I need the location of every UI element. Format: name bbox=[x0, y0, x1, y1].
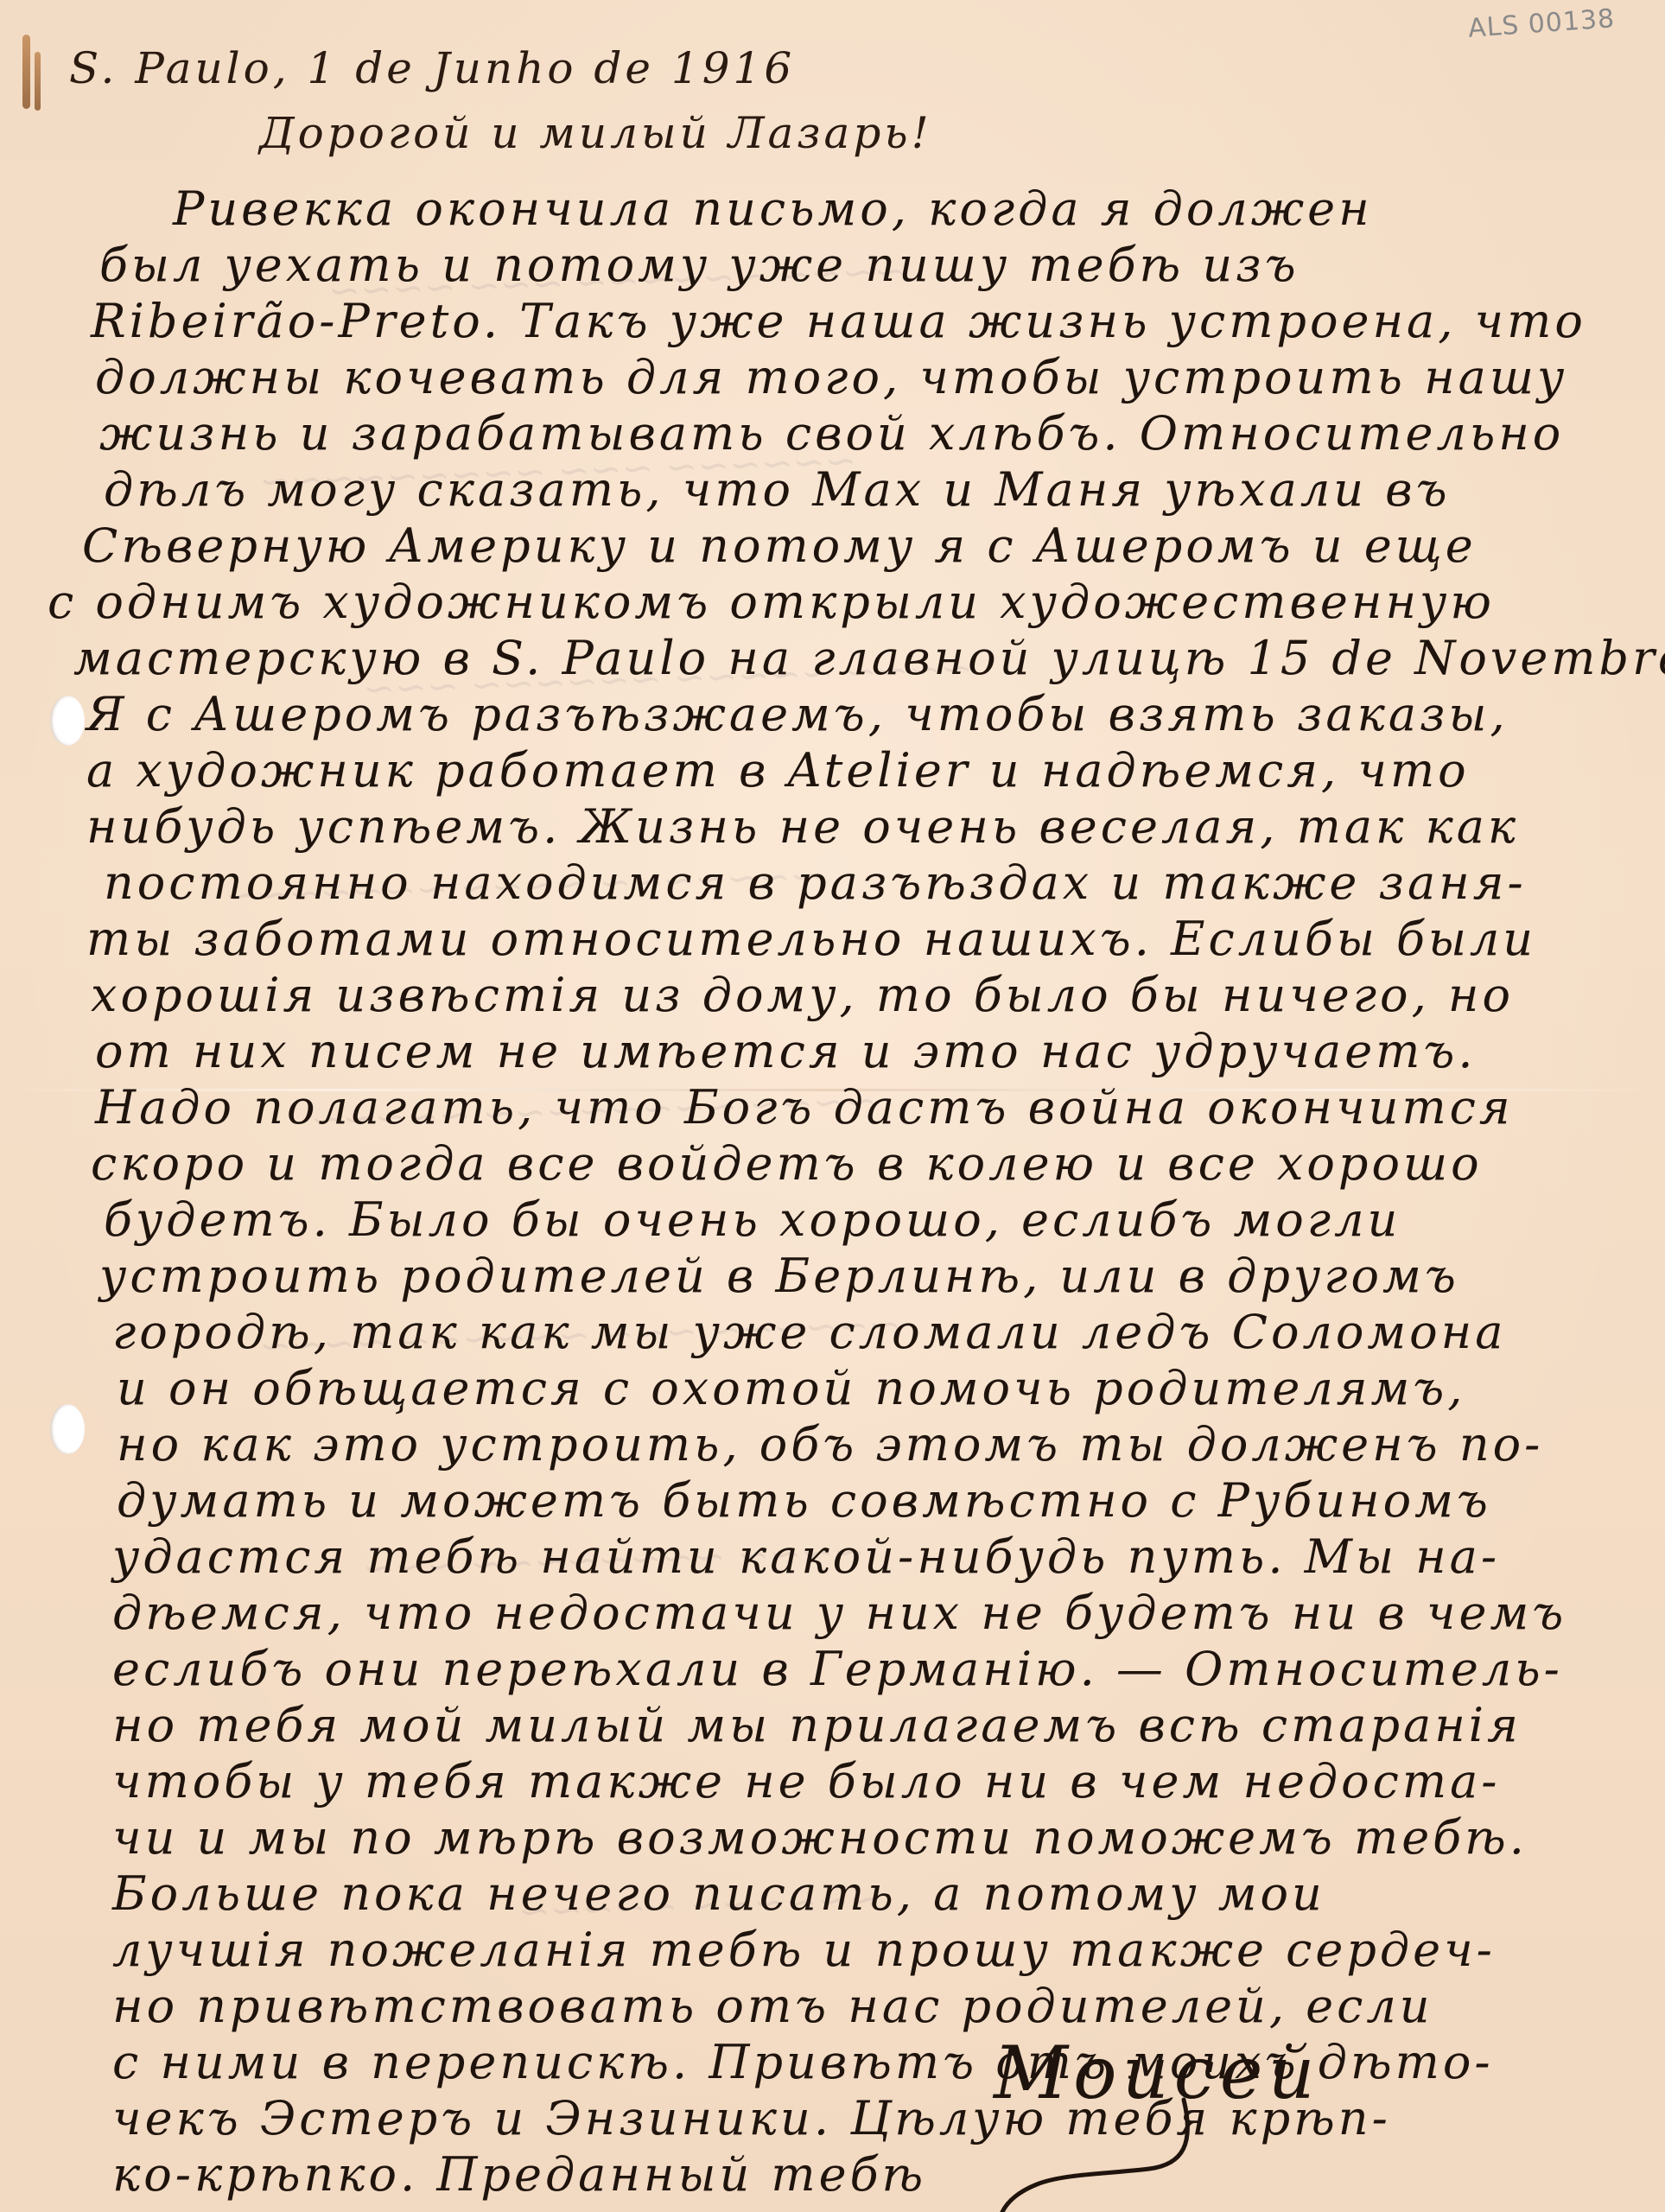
punch-hole-top bbox=[50, 696, 85, 746]
rust-stain-left bbox=[22, 35, 30, 109]
body-line: а художник работает в Atelier и надѣемся… bbox=[86, 743, 1470, 798]
body-line: но привѣтствовать отъ нас родителей, есл… bbox=[112, 1979, 1433, 2033]
body-line: ко-крѣпко. Преданный тебѣ bbox=[112, 2147, 926, 2202]
body-line: Ribeirão-Preto. Такъ уже наша жизнь устр… bbox=[91, 294, 1586, 348]
body-line: городѣ, так как мы уже сломали ледъ Соло… bbox=[112, 1305, 1506, 1359]
body-line: и он обѣщается с охотой помочь родителям… bbox=[117, 1361, 1465, 1415]
body-line: дѣемся, что недостачи у них не будетъ ни… bbox=[112, 1586, 1566, 1640]
dateline: S. Paulo, 1 de Junho de 1916 bbox=[69, 43, 795, 93]
body-line: от них писем не имѣется и это нас удруча… bbox=[95, 1024, 1477, 1078]
body-line: ты заботами относительно нашихъ. Еслибы … bbox=[86, 912, 1536, 966]
body-line: дѣлъ могу сказать, что Max и Маня уѣхали… bbox=[104, 462, 1451, 517]
body-line: Я с Ашеромъ разъѣзжаемъ, чтобы взять зак… bbox=[86, 687, 1509, 741]
body-line: думать и можетъ быть совмѣстно с Рубином… bbox=[117, 1473, 1491, 1528]
body-line: будетъ. Было бы очень хорошо, еслибъ мог… bbox=[104, 1192, 1401, 1247]
body-line: но как это устроить, объ этомъ ты должен… bbox=[117, 1417, 1543, 1471]
body-line: чтобы у тебя также не было ни в чем недо… bbox=[112, 1754, 1501, 1808]
body-line: жизнь и зарабатывать свой хлѣбъ. Относит… bbox=[99, 406, 1564, 461]
body-line: должны кочевать для того, чтобы устроить… bbox=[95, 350, 1567, 404]
punch-hole-bottom bbox=[50, 1404, 85, 1454]
body-line: мастерскую в S. Paulo на главной улицѣ 1… bbox=[73, 631, 1665, 685]
body-line: удастся тебѣ найти какой-нибудь путь. Мы… bbox=[112, 1529, 1500, 1584]
body-line: устроить родителей в Берлинѣ, или в друг… bbox=[99, 1249, 1459, 1303]
body-line: лучшія пожеланія тебѣ и прошу также серд… bbox=[112, 1923, 1496, 1977]
body-line: Больше пока нечего писать, а потому мои bbox=[112, 1866, 1325, 1921]
body-line: с однимъ художникомъ открыли художествен… bbox=[48, 575, 1495, 629]
body-line: скоро и тогда все войдетъ в колею и все … bbox=[91, 1136, 1483, 1191]
body-line: Надо полагать, что Богъ дастъ война окон… bbox=[95, 1080, 1514, 1135]
body-line: нибудь успѣемъ. Жизнь не очень веселая, … bbox=[86, 799, 1519, 854]
salutation: Дорогой и милый Лазарь! bbox=[259, 108, 932, 158]
body-line: был уехать и потому уже пишу тебѣ изъ bbox=[99, 238, 1300, 292]
body-line: постоянно находимся в разъѣздах и также … bbox=[104, 855, 1527, 910]
rust-stain-right bbox=[35, 52, 41, 111]
body-line: чи и мы по мѣрѣ возможности поможемъ теб… bbox=[112, 1810, 1528, 1865]
body-line: еслибъ они переѣхали в Германію. — Относ… bbox=[112, 1642, 1563, 1696]
signature-flourish-icon bbox=[968, 2091, 1227, 2212]
body-line: хорошія извѣстія из дому, то было бы нич… bbox=[91, 968, 1514, 1022]
body-line: но тебя мой милый мы прилагаемъ всѣ стар… bbox=[112, 1698, 1522, 1752]
body-line: Ривекка окончила письмо, когда я должен bbox=[173, 181, 1373, 236]
body-line: Сѣверную Америку и потому я с Ашеромъ и … bbox=[82, 518, 1477, 573]
